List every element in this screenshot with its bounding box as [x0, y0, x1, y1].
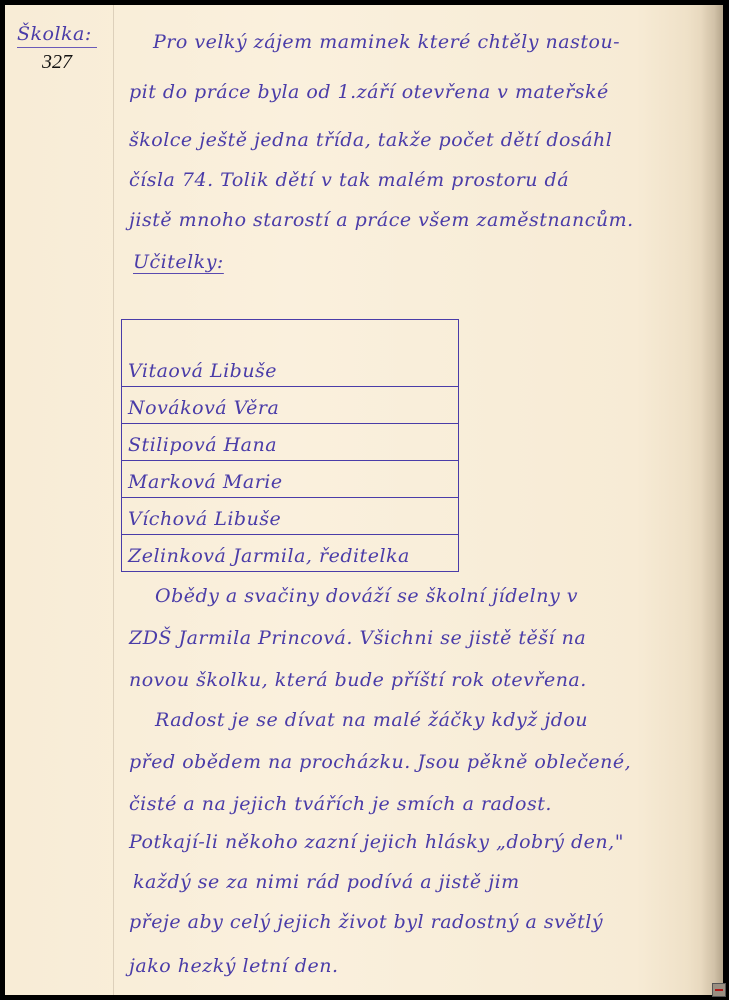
table-row: Marková Marie: [122, 461, 459, 498]
text-line: čísla 74. Tolik dětí v tak malém prostor…: [129, 169, 569, 191]
text-line: jistě mnoho starostí a práce všem zaměst…: [129, 209, 634, 231]
margin-rule: [113, 5, 114, 995]
table-row: Nováková Věra: [122, 387, 459, 424]
teachers-heading: Učitelky:: [133, 251, 224, 273]
teacher-name: Vitaová Libuše: [122, 350, 459, 387]
text-line: jako hezký letní den.: [129, 955, 338, 977]
table-row: Zelinková Jarmila, ředitelka: [122, 535, 459, 572]
table-row: Stilipová Hana: [122, 424, 459, 461]
text-line: školce ještě jedna třída, takže počet dě…: [129, 129, 612, 151]
table-row: Víchová Libuše: [122, 498, 459, 535]
window-restore-icon[interactable]: [712, 983, 726, 997]
text-line: pit do práce byla od 1.září otevřena v m…: [129, 81, 609, 103]
text-line: Potkají-li někoho zazní jejich hlásky „d…: [129, 831, 624, 853]
binding-shadow: [701, 5, 723, 995]
teacher-name: Zelinková Jarmila, ředitelka: [122, 535, 459, 572]
text-line: před obědem na procházku. Jsou pěkně obl…: [129, 751, 631, 773]
text-line: každý se za nimi rád podívá a jistě jim: [133, 871, 520, 893]
text-line: čisté a na jejich tvářích je smích a rad…: [129, 793, 552, 815]
teacher-name: Víchová Libuše: [122, 498, 459, 535]
teacher-name: Marková Marie: [122, 461, 459, 498]
text-line: Pro velký zájem maminek které chtěly nas…: [153, 31, 620, 53]
teacher-name: Stilipová Hana: [122, 424, 459, 461]
text-line: Radost je se dívat na malé žáčky když jd…: [155, 709, 588, 731]
text-line: Obědy a svačiny dováží se školní jídelny…: [155, 585, 578, 607]
manuscript-page: Školka: 327 Pro velký zájem maminek kter…: [5, 5, 723, 995]
text-line: ZDŠ Jarmila Princová. Všichni se jistě t…: [129, 627, 586, 649]
teacher-name: Nováková Věra: [122, 387, 459, 424]
teachers-table: Vitaová Libuše Nováková Věra Stilipová H…: [121, 319, 459, 572]
text-line: přeje aby celý jejich život byl radostný…: [129, 911, 603, 933]
page-number: 327: [42, 51, 72, 74]
text-line: novou školku, která bude příští rok otev…: [129, 669, 587, 691]
table-row: Vitaová Libuše: [122, 350, 459, 387]
margin-label: Školka:: [17, 23, 97, 48]
